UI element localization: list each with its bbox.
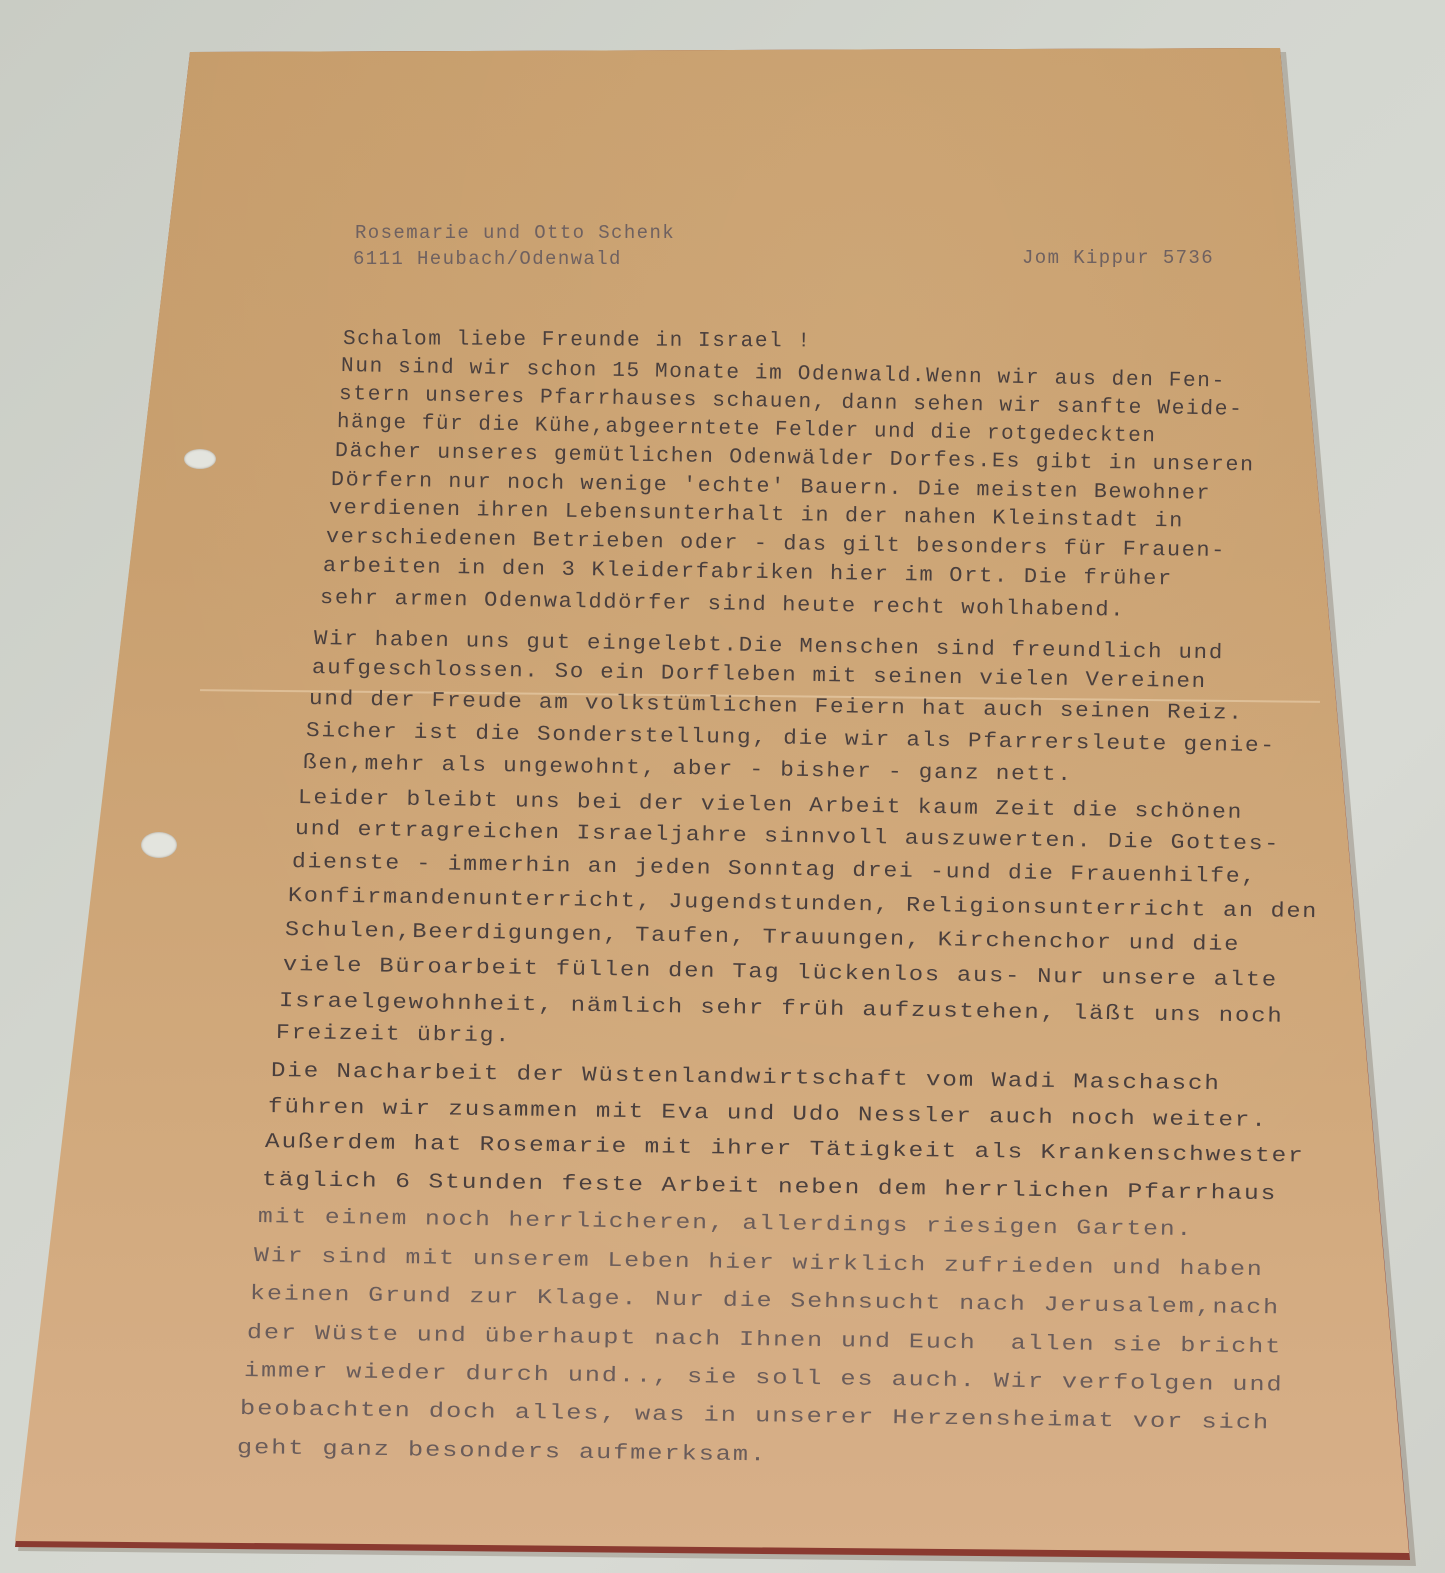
letter-line: Freizeit übrig. (276, 1022, 511, 1048)
sender-address: 6111 Heubach/Odenwald (353, 248, 622, 270)
letter-date: Jom Kippur 5736 (1022, 247, 1214, 269)
punch-hole-top (184, 449, 216, 469)
sender-name: Rosemarie und Otto Schenk (355, 222, 675, 244)
punch-hole-bottom (141, 832, 177, 858)
greeting: Schalom liebe Freunde in Israel ! (343, 328, 812, 353)
